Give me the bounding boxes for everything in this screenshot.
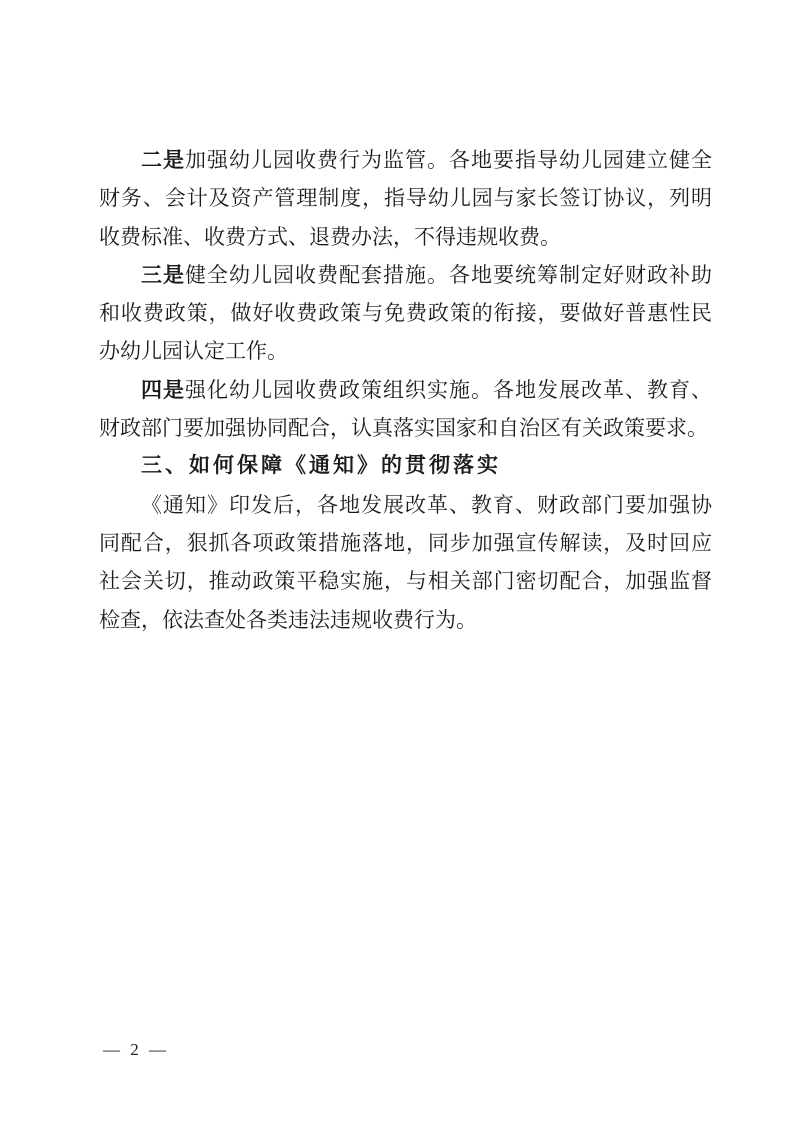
- document-body: 二是加强幼儿园收费行为监管。各地要指导幼儿园建立健全财务、会计及资产管理制度，指…: [99, 141, 712, 639]
- text-line: 同配合，狠抓各项政策措施落地，同步加强宣传解读，及时回应: [99, 524, 712, 562]
- paragraph-lead: 三是: [141, 263, 185, 287]
- text-line: 社会关切，推动政策平稳实施，与相关部门密切配合，加强监督: [99, 562, 712, 600]
- paragraph: 二是加强幼儿园收费行为监管。各地要指导幼儿园建立健全财务、会计及资产管理制度，指…: [99, 141, 712, 256]
- paragraph: 四是强化幼儿园收费政策组织实施。各地发展改革、教育、财政部门要加强协同配合，认真…: [99, 371, 712, 448]
- paragraph-lead: 二是: [141, 148, 185, 172]
- text-line: 《通知》印发后，各地发展改革、教育、财政部门要加强协: [99, 486, 712, 524]
- paragraph: 三是健全幼儿园收费配套措施。各地要统筹制定好财政补助和收费政策，做好收费政策与免…: [99, 256, 712, 371]
- page-number: — 2 —: [103, 1038, 169, 1062]
- text-line: 和收费政策，做好收费政策与免费政策的衔接，要做好普惠性民: [99, 294, 712, 332]
- text-line: 检查，依法查处各类违法违规收费行为。: [99, 601, 712, 639]
- paragraph: 《通知》印发后，各地发展改革、教育、财政部门要加强协同配合，狠抓各项政策措施落地…: [99, 486, 712, 639]
- text-line: 收费标准、收费方式、退费办法，不得违规收费。: [99, 218, 712, 256]
- text-line: 办幼儿园认定工作。: [99, 332, 712, 370]
- section-heading: 三、如何保障《通知》的贯彻落实: [99, 447, 712, 485]
- text-line: 四是强化幼儿园收费政策组织实施。各地发展改革、教育、: [99, 371, 712, 409]
- text-line: 二是加强幼儿园收费行为监管。各地要指导幼儿园建立健全: [99, 141, 712, 179]
- text-line: 财政部门要加强协同配合，认真落实国家和自治区有关政策要求。: [99, 409, 712, 447]
- document-page: 二是加强幼儿园收费行为监管。各地要指导幼儿园建立健全财务、会计及资产管理制度，指…: [0, 0, 793, 1122]
- text-line: 三是健全幼儿园收费配套措施。各地要统筹制定好财政补助: [99, 256, 712, 294]
- paragraph-lead: 四是: [141, 378, 185, 402]
- text-line: 财务、会计及资产管理制度，指导幼儿园与家长签订协议，列明: [99, 179, 712, 217]
